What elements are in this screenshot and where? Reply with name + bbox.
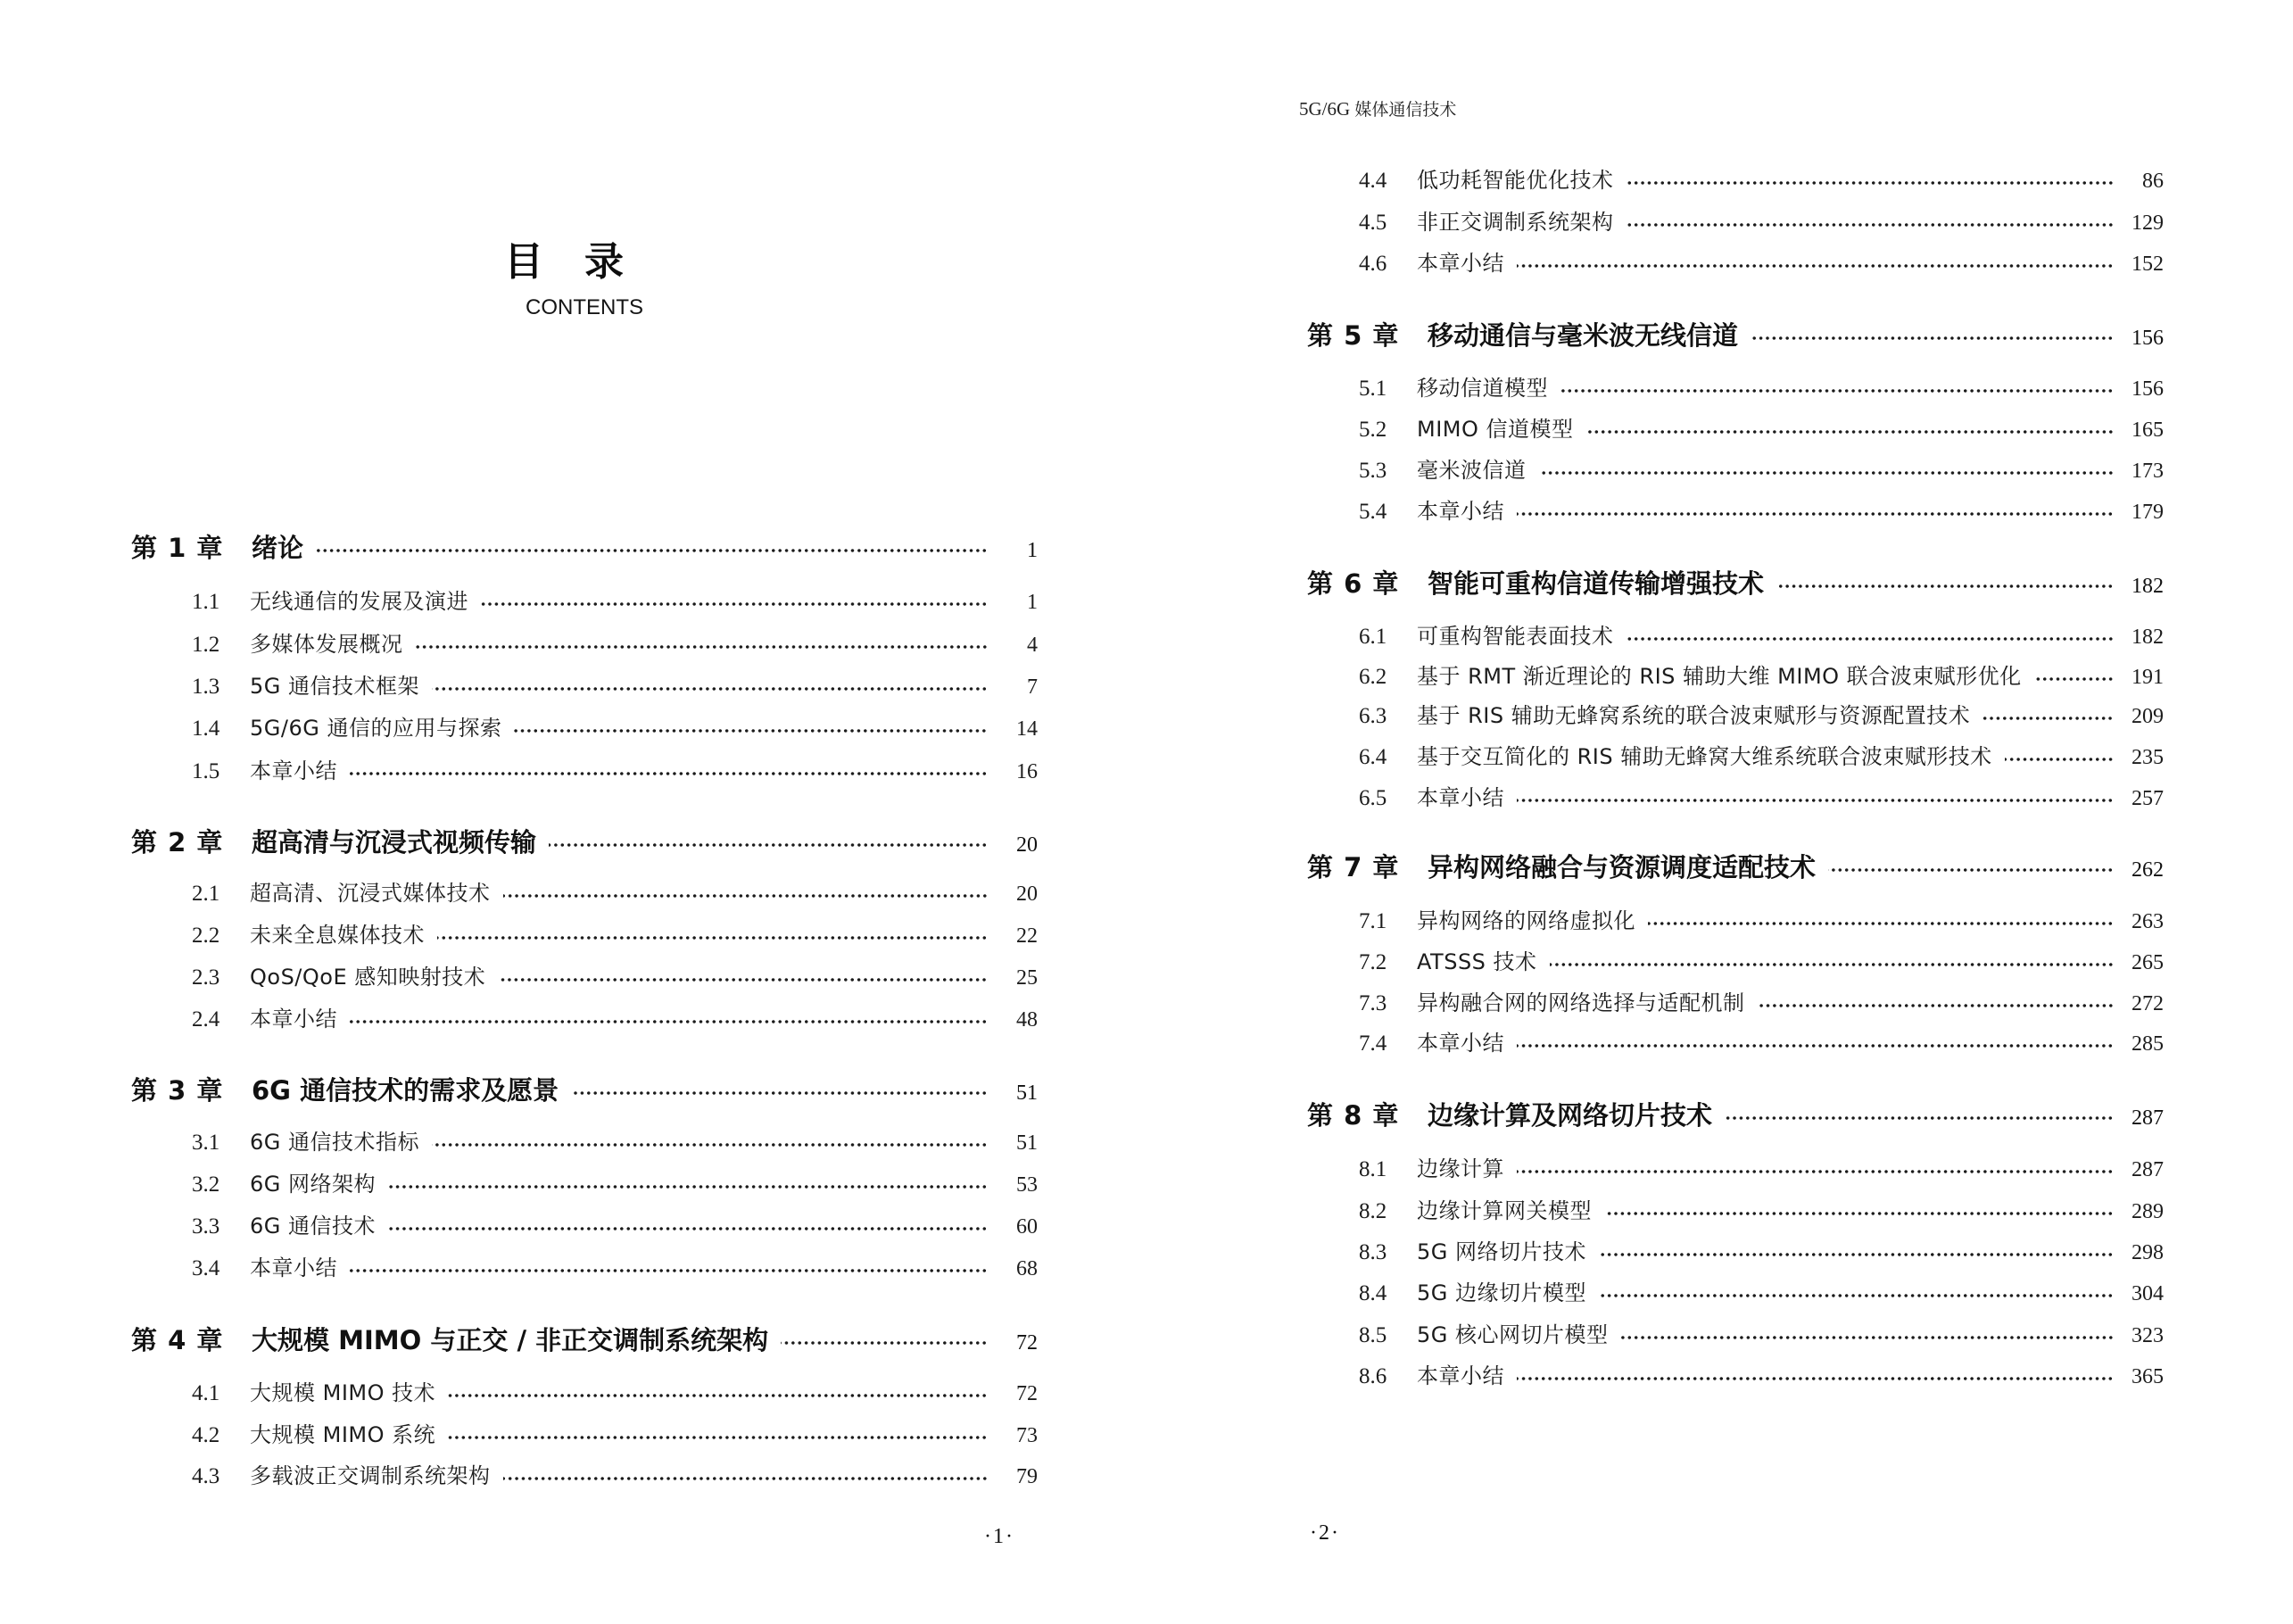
- dot-leader: [1517, 1168, 2114, 1175]
- page-reference: 72: [1002, 1380, 1038, 1408]
- toc-subtitle: CONTENTS: [495, 294, 674, 321]
- page-reference: 72: [1002, 1327, 1038, 1359]
- chapter-title: 绪论: [252, 532, 303, 564]
- toc-section-entry[interactable]: 4.4低功耗智能优化技术86: [1359, 166, 2164, 195]
- page-reference: 152: [2128, 250, 2164, 278]
- section-title: 未来全息媒体技术: [250, 921, 425, 949]
- section-number: 2.3: [192, 964, 250, 992]
- section-title: QoS/QoE 感知映射技术: [250, 963, 485, 991]
- toc-section-entry[interactable]: 2.2未来全息媒体技术22: [192, 921, 1038, 949]
- chapter-title: 大规模 MIMO 与正交 / 非正交调制系统架构: [252, 1324, 768, 1356]
- section-title: 低功耗智能优化技术: [1417, 166, 1614, 195]
- dot-leader: [1983, 715, 2114, 722]
- dot-leader: [1599, 1251, 2114, 1258]
- section-number: 3.2: [192, 1171, 250, 1199]
- page-reference: 129: [2128, 209, 2164, 237]
- page-reference: 182: [2128, 623, 2164, 651]
- section-title: 异构融合网的网络选择与适配机制: [1417, 989, 1745, 1017]
- dot-leader: [1604, 1210, 2114, 1217]
- page-reference: 1: [1002, 534, 1038, 567]
- chapter-number: 第 7 章: [1307, 851, 1428, 883]
- section-title: 无线通信的发展及演进: [250, 587, 468, 616]
- section-number: 4.5: [1359, 209, 1417, 237]
- toc-section-entry[interactable]: 1.1无线通信的发展及演进1: [192, 587, 1038, 616]
- page-reference: 7: [1002, 673, 1038, 701]
- section-title: 基于 RMT 渐近理论的 RIS 辅助大维 MIMO 联合波束赋形优化: [1417, 662, 2022, 691]
- section-number: 7.3: [1359, 990, 1417, 1018]
- dot-leader: [388, 1183, 988, 1190]
- toc-section-entry[interactable]: 1.5本章小结16: [192, 757, 1038, 785]
- dot-leader: [1517, 1375, 2114, 1382]
- dot-leader: [1776, 583, 2114, 590]
- section-number: 4.4: [1359, 167, 1417, 195]
- page-reference: 16: [1002, 758, 1038, 786]
- toc-section-entry[interactable]: 8.1边缘计算287: [1359, 1155, 2164, 1183]
- page-reference: 4: [1002, 631, 1038, 659]
- section-title: 多载波正交调制系统架构: [250, 1462, 491, 1490]
- section-number: 5.2: [1359, 416, 1417, 444]
- dot-leader: [350, 1018, 988, 1025]
- page-reference: 323: [2128, 1322, 2164, 1350]
- page-reference: 86: [2128, 167, 2164, 195]
- toc-section-entry[interactable]: 3.4本章小结68: [192, 1254, 1038, 1282]
- dot-leader: [2034, 675, 2114, 683]
- section-title: 6G 通信技术指标: [250, 1128, 419, 1156]
- toc-section-entry[interactable]: 1.35G 通信技术框架7: [192, 672, 1038, 700]
- chapter-number: 第 3 章: [131, 1074, 252, 1106]
- toc-title: 目录: [500, 239, 669, 286]
- toc-section-entry[interactable]: 2.1超高清、沉浸式媒体技术20: [192, 879, 1038, 907]
- toc-section-entry[interactable]: 8.6本章小结365: [1359, 1362, 2164, 1390]
- section-title: 移动信道模型: [1417, 374, 1548, 402]
- dot-leader: [1517, 1042, 2114, 1049]
- dot-leader: [1586, 428, 2114, 435]
- section-number: 4.6: [1359, 250, 1417, 278]
- dot-leader: [1621, 1334, 2115, 1341]
- toc-section-entry[interactable]: 3.26G 网络架构53: [192, 1170, 1038, 1198]
- dot-leader: [1517, 510, 2114, 518]
- section-number: 1.3: [192, 673, 250, 701]
- chapter-title: 异构网络融合与资源调度适配技术: [1428, 851, 1816, 883]
- page-reference: 365: [2128, 1363, 2164, 1391]
- section-number: 8.5: [1359, 1322, 1417, 1350]
- toc-section-entry[interactable]: 8.2边缘计算网关模型289: [1359, 1197, 2164, 1225]
- dot-leader: [503, 892, 989, 899]
- dot-leader: [437, 934, 988, 941]
- toc-chapter-entry[interactable]: 第 2 章超高清与沉浸式视频传输20: [131, 826, 1038, 858]
- section-number: 6.5: [1359, 784, 1417, 813]
- page-reference: 14: [1002, 715, 1038, 743]
- page-reference: 263: [2128, 907, 2164, 936]
- dot-leader: [481, 601, 988, 608]
- toc-section-entry[interactable]: 4.6本章小结152: [1359, 249, 2164, 278]
- page-reference: 257: [2128, 784, 2164, 813]
- toc-section-entry[interactable]: 2.3QoS/QoE 感知映射技术25: [192, 963, 1038, 991]
- section-title: 6G 通信技术: [250, 1212, 376, 1240]
- dot-leader: [498, 976, 988, 983]
- dot-leader: [448, 1392, 988, 1399]
- toc-section-entry[interactable]: 8.45G 边缘切片模型304: [1359, 1279, 2164, 1307]
- toc-section-entry[interactable]: 4.3多载波正交调制系统架构79: [192, 1462, 1038, 1490]
- section-title: 本章小结: [1417, 1362, 1504, 1390]
- section-title: 超高清、沉浸式媒体技术: [250, 879, 491, 907]
- page-reference: 191: [2128, 663, 2164, 692]
- toc-section-entry[interactable]: 4.2大规模 MIMO 系统73: [192, 1421, 1038, 1449]
- dot-leader: [1725, 1114, 2114, 1122]
- chapter-title: 边缘计算及网络切片技术: [1428, 1099, 1712, 1131]
- toc-section-entry[interactable]: 8.55G 核心网切片模型323: [1359, 1321, 2164, 1349]
- section-title: 本章小结: [1417, 249, 1504, 278]
- toc-section-entry[interactable]: 6.5本章小结257: [1359, 783, 2164, 812]
- page-reference: 289: [2128, 1197, 2164, 1226]
- chapter-number: 第 5 章: [1307, 319, 1428, 352]
- section-number: 3.1: [192, 1129, 250, 1157]
- dot-leader: [571, 1090, 988, 1097]
- page-reference: 73: [1002, 1421, 1038, 1450]
- section-title: 5G 边缘切片模型: [1417, 1279, 1586, 1307]
- section-title: 边缘计算网关模型: [1417, 1197, 1592, 1225]
- page-reference: 262: [2128, 854, 2164, 886]
- dot-leader: [350, 1267, 988, 1274]
- toc-chapter-entry[interactable]: 第 3 章6G 通信技术的需求及愿景51: [131, 1074, 1038, 1106]
- section-title: 5G/6G 通信的应用与探索: [250, 714, 501, 742]
- toc-section-entry[interactable]: 5.2MIMO 信道模型165: [1359, 415, 2164, 443]
- page-reference: 182: [2128, 570, 2164, 602]
- page-reference: 287: [2128, 1102, 2164, 1134]
- dot-leader: [432, 1141, 988, 1148]
- dot-leader: [416, 643, 989, 650]
- page-reference: 48: [1002, 1006, 1038, 1034]
- section-number: 2.4: [192, 1006, 250, 1034]
- dot-leader: [781, 1339, 988, 1346]
- running-header-latin: 5G/6G: [1299, 98, 1350, 120]
- dot-leader: [1828, 866, 2114, 874]
- section-number: 6.1: [1359, 623, 1417, 651]
- section-title: 可重构智能表面技术: [1417, 622, 1614, 650]
- section-title: 本章小结: [250, 757, 337, 785]
- section-number: 1.1: [192, 588, 250, 617]
- toc-section-entry[interactable]: 3.16G 通信技术指标51: [192, 1128, 1038, 1156]
- section-title: 6G 网络架构: [250, 1170, 376, 1198]
- section-number: 5.3: [1359, 457, 1417, 485]
- page-reference: 265: [2128, 949, 2164, 977]
- toc-chapter-entry[interactable]: 第 7 章异构网络融合与资源调度适配技术262: [1307, 851, 2164, 883]
- toc-section-entry[interactable]: 5.4本章小结179: [1359, 497, 2164, 526]
- dot-leader: [350, 770, 988, 777]
- toc-section-entry[interactable]: 8.35G 网络切片技术298: [1359, 1238, 2164, 1266]
- section-number: 3.4: [192, 1255, 250, 1283]
- dot-leader: [2005, 756, 2114, 763]
- dot-leader: [1517, 797, 2114, 804]
- page-reference: 165: [2128, 416, 2164, 444]
- page-reference: 272: [2128, 990, 2164, 1018]
- page-reference: 68: [1002, 1255, 1038, 1283]
- page-reference: 1: [1002, 588, 1038, 617]
- dot-leader: [388, 1225, 988, 1232]
- dot-leader: [1627, 635, 2115, 642]
- section-number: 8.6: [1359, 1363, 1417, 1391]
- section-title: 大规模 MIMO 技术: [250, 1379, 435, 1407]
- toc-section-entry[interactable]: 2.4本章小结48: [192, 1005, 1038, 1033]
- toc-section-entry[interactable]: 7.3异构融合网的网络选择与适配机制272: [1359, 989, 2164, 1017]
- chapter-number: 第 8 章: [1307, 1099, 1428, 1131]
- chapter-title: 6G 通信技术的需求及愿景: [252, 1074, 559, 1106]
- page-reference: 304: [2128, 1280, 2164, 1308]
- section-title: ATSSS 技术: [1417, 948, 1537, 976]
- toc-section-entry[interactable]: 4.1大规模 MIMO 技术72: [192, 1379, 1038, 1407]
- dot-leader: [1550, 961, 2114, 968]
- section-title: 大规模 MIMO 系统: [250, 1421, 435, 1449]
- page-number-right: ·2·: [1310, 1520, 1340, 1546]
- page-reference: 22: [1002, 922, 1038, 950]
- section-number: 8.4: [1359, 1280, 1417, 1308]
- page-reference: 25: [1002, 964, 1038, 992]
- section-number: 8.3: [1359, 1239, 1417, 1267]
- toc-chapter-entry[interactable]: 第 8 章边缘计算及网络切片技术287: [1307, 1099, 2164, 1131]
- dot-leader: [1560, 387, 2114, 394]
- toc-section-entry[interactable]: 6.2基于 RMT 渐近理论的 RIS 辅助大维 MIMO 联合波束赋形优化19…: [1359, 662, 2164, 691]
- section-title: 非正交调制系统架构: [1417, 208, 1614, 236]
- toc-section-entry[interactable]: 6.3基于 RIS 辅助无蜂窝系统的联合波束赋形与资源配置技术209: [1359, 701, 2164, 730]
- running-header-cjk: 媒体通信技术: [1354, 100, 1456, 120]
- section-title: MIMO 信道模型: [1417, 415, 1574, 443]
- toc-section-entry[interactable]: 6.1可重构智能表面技术182: [1359, 622, 2164, 650]
- section-number: 8.1: [1359, 1156, 1417, 1184]
- page-reference: 20: [1002, 880, 1038, 908]
- page-reference: 209: [2128, 702, 2164, 731]
- page-reference: 53: [1002, 1171, 1038, 1199]
- section-title: 5G 通信技术框架: [250, 672, 419, 700]
- page-reference: 79: [1002, 1462, 1038, 1491]
- running-header: 5G/6G 媒体通信技术: [1299, 96, 1456, 122]
- dot-leader: [316, 547, 988, 554]
- chapter-title: 智能可重构信道传输增强技术: [1428, 568, 1764, 600]
- dot-leader: [1517, 262, 2114, 269]
- section-number: 5.4: [1359, 498, 1417, 526]
- section-number: 6.3: [1359, 702, 1417, 731]
- toc-section-entry[interactable]: 7.2ATSSS 技术265: [1359, 948, 2164, 976]
- section-number: 4.2: [192, 1421, 250, 1450]
- page-reference: 287: [2128, 1156, 2164, 1184]
- page-reference: 235: [2128, 743, 2164, 772]
- section-number: 4.1: [192, 1380, 250, 1408]
- toc-section-entry[interactable]: 5.1移动信道模型156: [1359, 374, 2164, 402]
- dot-leader: [1758, 1002, 2115, 1009]
- page-reference: 285: [2128, 1030, 2164, 1058]
- section-title: 基于 RIS 辅助无蜂窝系统的联合波束赋形与资源配置技术: [1417, 701, 1970, 730]
- toc-chapter-entry[interactable]: 第 5 章移动通信与毫米波无线信道156: [1307, 319, 2164, 352]
- chapter-number: 第 1 章: [131, 532, 252, 564]
- section-number: 7.1: [1359, 907, 1417, 936]
- section-number: 2.1: [192, 880, 250, 908]
- toc-section-entry[interactable]: 4.5非正交调制系统架构129: [1359, 208, 2164, 236]
- page-reference: 60: [1002, 1213, 1038, 1241]
- toc-section-entry[interactable]: 3.36G 通信技术60: [192, 1212, 1038, 1240]
- section-number: 8.2: [1359, 1197, 1417, 1226]
- page-reference: 298: [2128, 1239, 2164, 1267]
- section-title: 5G 网络切片技术: [1417, 1238, 1586, 1266]
- section-number: 6.2: [1359, 663, 1417, 692]
- section-title: 基于交互简化的 RIS 辅助无蜂窝大维系统联合波束赋形技术: [1417, 742, 1992, 771]
- section-number: 7.2: [1359, 949, 1417, 977]
- dot-leader: [1627, 221, 2115, 228]
- toc-section-entry[interactable]: 5.3毫米波信道173: [1359, 456, 2164, 485]
- section-number: 7.4: [1359, 1030, 1417, 1058]
- page-reference: 179: [2128, 498, 2164, 526]
- section-title: 本章小结: [250, 1254, 337, 1282]
- page-reference: 156: [2128, 375, 2164, 403]
- section-title: 本章小结: [250, 1005, 337, 1033]
- section-title: 多媒体发展概况: [250, 630, 403, 659]
- page-reference: 173: [2128, 457, 2164, 485]
- chapter-number: 第 6 章: [1307, 568, 1428, 600]
- section-title: 本章小结: [1417, 1029, 1504, 1057]
- chapter-title: 移动通信与毫米波无线信道: [1428, 319, 1738, 352]
- section-title: 本章小结: [1417, 783, 1504, 812]
- section-number: 1.2: [192, 631, 250, 659]
- toc-section-entry[interactable]: 6.4基于交互简化的 RIS 辅助无蜂窝大维系统联合波束赋形技术235: [1359, 742, 2164, 771]
- page-reference: 51: [1002, 1077, 1038, 1109]
- section-number: 2.2: [192, 922, 250, 950]
- section-title: 毫米波信道: [1417, 456, 1527, 485]
- section-title: 本章小结: [1417, 497, 1504, 526]
- dot-leader: [503, 1475, 989, 1482]
- dot-leader: [549, 841, 988, 849]
- chapter-number: 第 2 章: [131, 826, 252, 858]
- section-number: 1.4: [192, 715, 250, 743]
- dot-leader: [514, 727, 988, 734]
- dot-leader: [1539, 469, 2115, 476]
- right-page: 5G/6G 媒体通信技术 4.4低功耗智能优化技术864.5非正交调制系统架构1…: [1146, 0, 2293, 1624]
- chapter-title: 超高清与沉浸式视频传输: [252, 826, 536, 858]
- dot-leader: [1751, 335, 2114, 342]
- page-number-left: ·1·: [984, 1523, 1014, 1550]
- toc-section-entry[interactable]: 7.1异构网络的网络虚拟化263: [1359, 907, 2164, 935]
- toc-chapter-entry[interactable]: 第 4 章大规模 MIMO 与正交 / 非正交调制系统架构72: [131, 1324, 1038, 1356]
- section-number: 1.5: [192, 758, 250, 786]
- dot-leader: [1599, 1292, 2114, 1299]
- chapter-number: 第 4 章: [131, 1324, 252, 1356]
- section-title: 5G 核心网切片模型: [1417, 1321, 1609, 1349]
- dot-leader: [448, 1434, 988, 1441]
- dot-leader: [1627, 179, 2115, 186]
- section-number: 3.3: [192, 1213, 250, 1241]
- toc-chapter-entry[interactable]: 第 1 章绪论1: [131, 532, 1038, 564]
- page-reference: 51: [1002, 1129, 1038, 1157]
- page-reference: 156: [2128, 322, 2164, 354]
- section-number: 5.1: [1359, 375, 1417, 403]
- left-page: 目录 CONTENTS 第 1 章绪论11.1无线通信的发展及演进11.2多媒体…: [0, 0, 1146, 1624]
- toc-section-entry[interactable]: 7.4本章小结285: [1359, 1029, 2164, 1057]
- dot-leader: [432, 685, 988, 692]
- section-title: 异构网络的网络虚拟化: [1417, 907, 1635, 935]
- dot-leader: [1648, 920, 2114, 927]
- toc-chapter-entry[interactable]: 第 6 章智能可重构信道传输增强技术182: [1307, 568, 2164, 600]
- page-reference: 20: [1002, 829, 1038, 861]
- toc-section-entry[interactable]: 1.45G/6G 通信的应用与探索14: [192, 714, 1038, 742]
- section-number: 6.4: [1359, 743, 1417, 772]
- section-title: 边缘计算: [1417, 1155, 1504, 1183]
- toc-section-entry[interactable]: 1.2多媒体发展概况4: [192, 630, 1038, 659]
- section-number: 4.3: [192, 1462, 250, 1491]
